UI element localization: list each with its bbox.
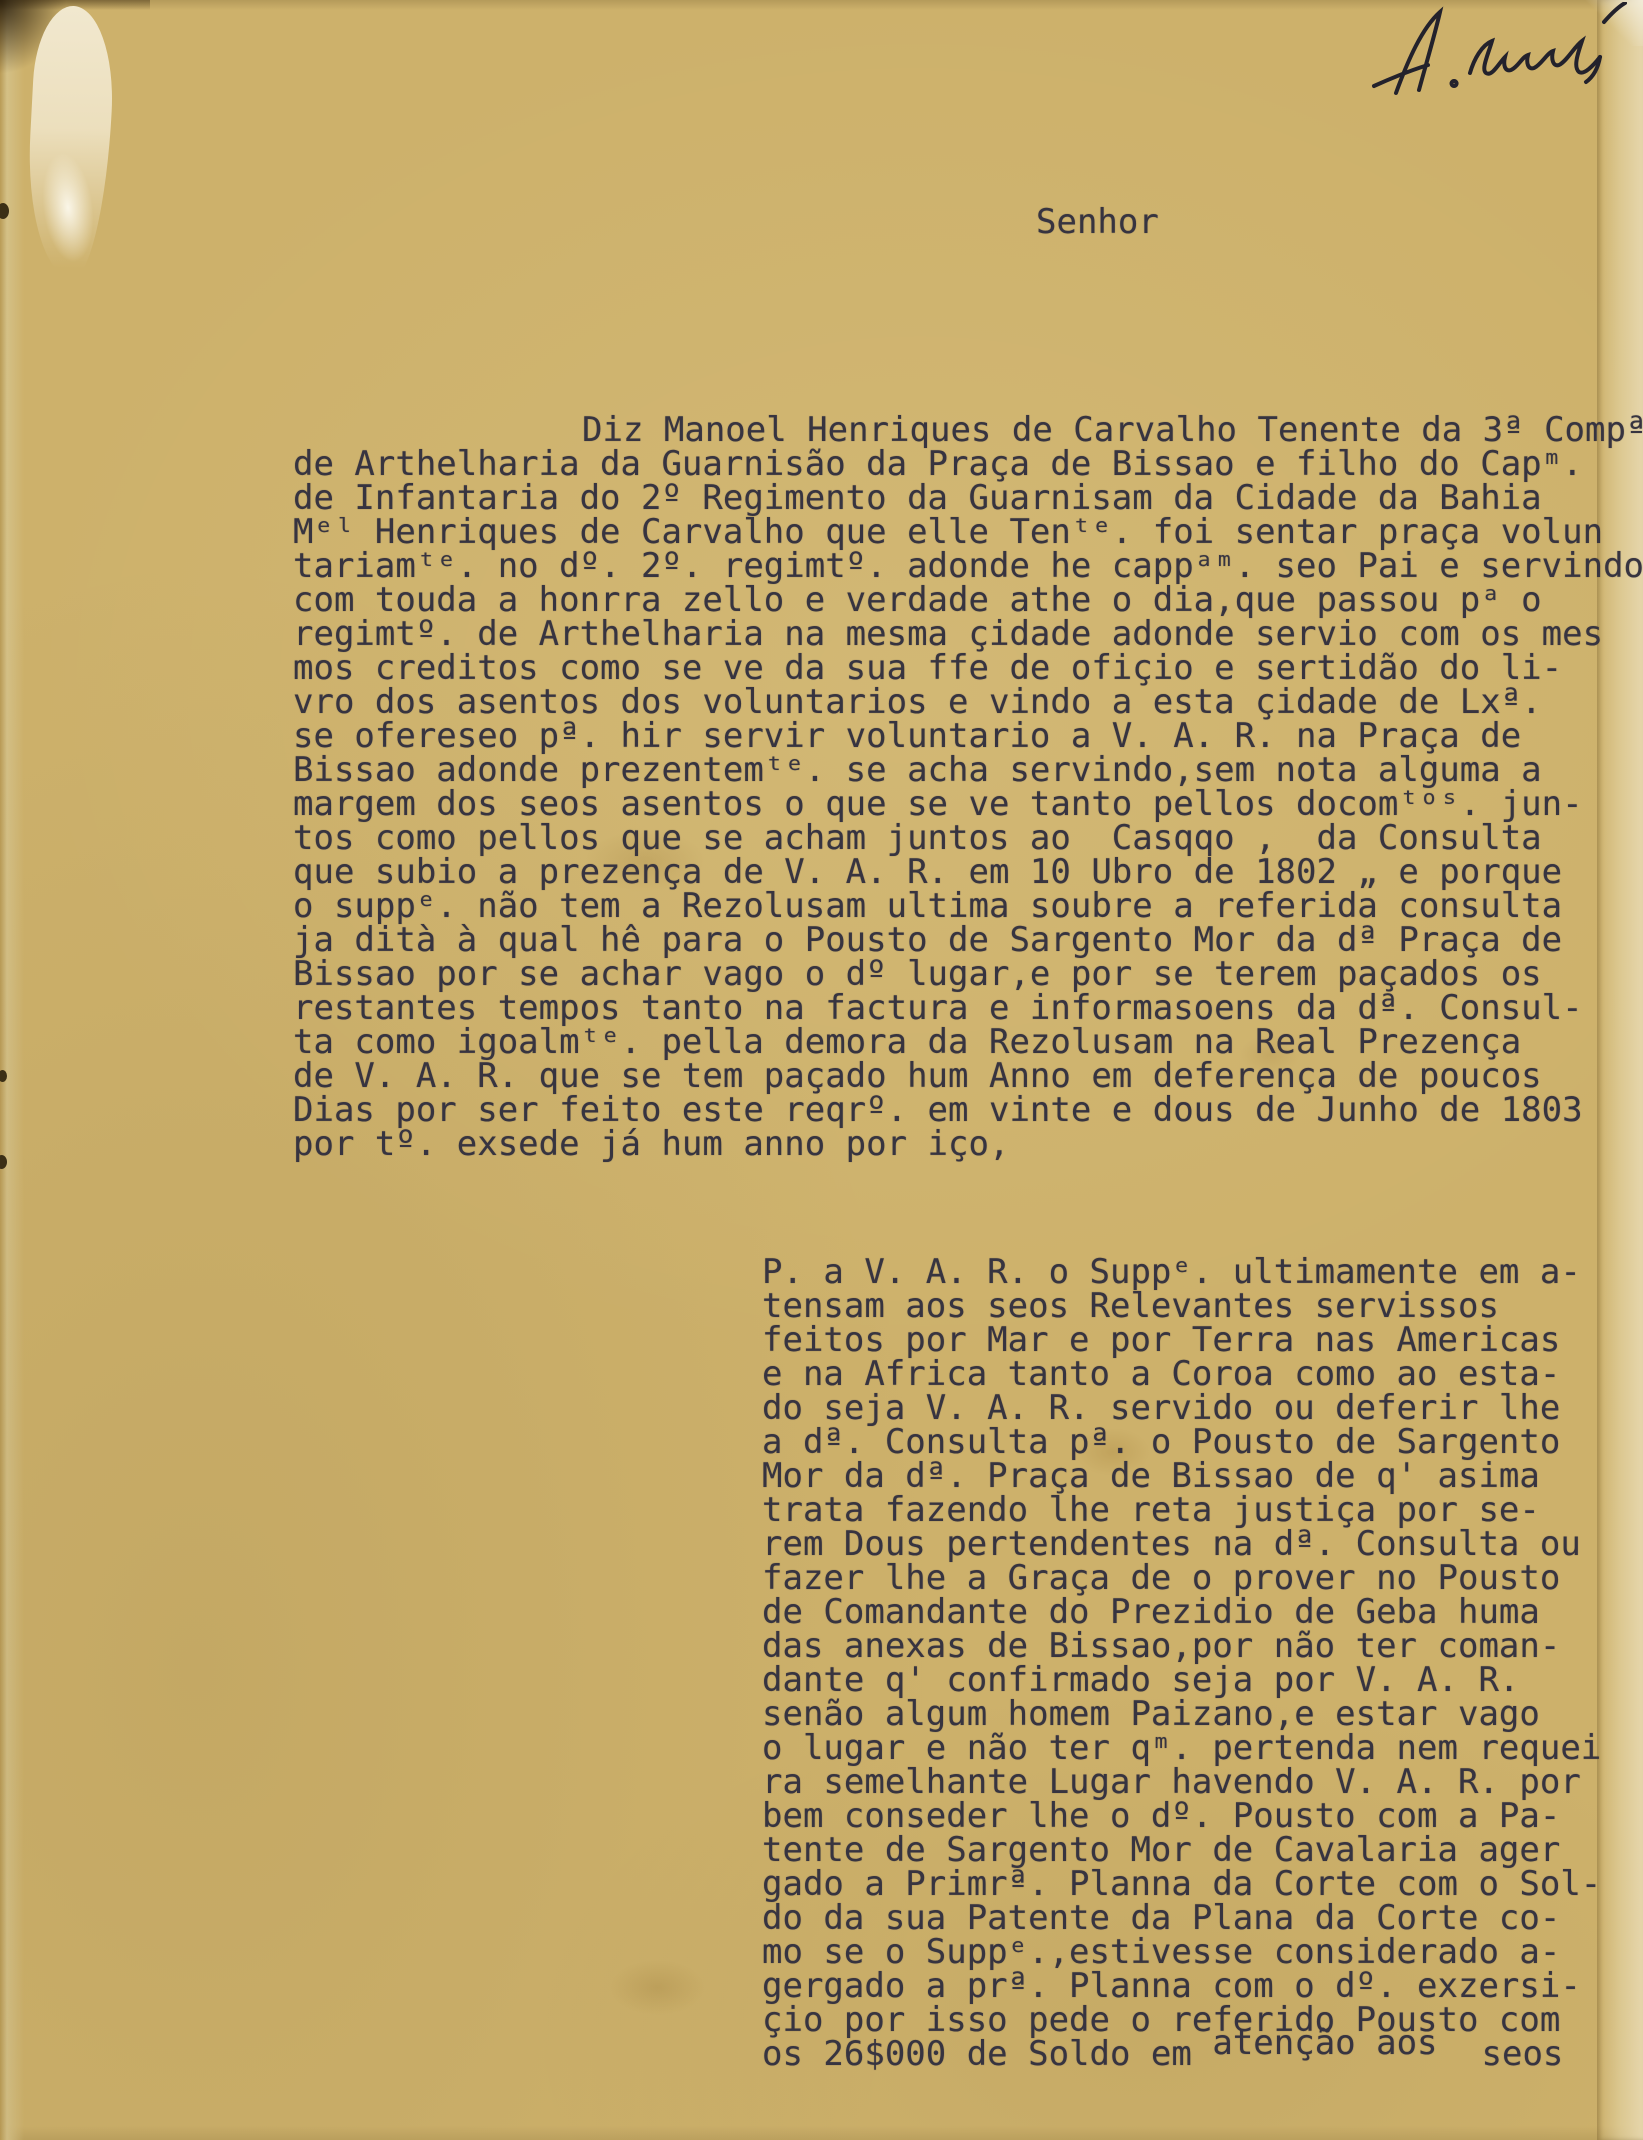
text-line: que subio a prezença de V. A. R. em 10 U… <box>293 855 1643 889</box>
text-line: a dª. Consulta pª. o Pousto de Sargento <box>762 1425 1601 1459</box>
text-line: por tº. exsede já hum anno por iço, <box>293 1127 1643 1161</box>
paper-speck <box>0 1070 7 1082</box>
text-line: restantes tempos tanto na factura e info… <box>293 991 1643 1025</box>
text-line: gado a Primrª. Planna da Corte com o Sol… <box>762 1867 1601 1901</box>
text-line: rem Dous pertendentes na dª. Consulta ou <box>762 1527 1601 1561</box>
text-line: feitos por Mar e por Terra nas Americas <box>762 1323 1601 1357</box>
text-line: de V. A. R. que se tem paçado hum Anno e… <box>293 1059 1643 1093</box>
text-line: se ofereseo pª. hir servir voluntario a … <box>293 719 1643 753</box>
paper-speck <box>0 1155 7 1169</box>
text-line: Mᵉˡ Henriques de Carvalho que elle Tenᵗᵉ… <box>293 515 1643 549</box>
text-line: de Comandante do Prezidio de Geba huma <box>762 1595 1601 1629</box>
salutation: Senhor <box>1036 202 1159 242</box>
final-line-tail: seos <box>1482 2034 1564 2074</box>
paper-speck <box>0 203 9 219</box>
text-line: regimtº. de Arthelharia na mesma çidade … <box>293 617 1643 651</box>
text-line: senão algum homem Paizano,e estar vago <box>762 1697 1601 1731</box>
text-line: mo se o Suppᵉ.,estivesse considerado a- <box>762 1935 1601 1969</box>
text-line: Mor da dª. Praça de Bissao de q' asima <box>762 1459 1601 1493</box>
petition-request-paragraph: P. a V. A. R. o Suppᵉ. ultimamente em a-… <box>762 1255 1601 2037</box>
text-line: vro dos asentos dos voluntarios e vindo … <box>293 685 1643 719</box>
document-page: Senhor Diz Manoel Henriques de Carvalho … <box>0 0 1643 2140</box>
text-line: fazer lhe a Graça de o prover no Pousto <box>762 1561 1601 1595</box>
text-line: tos como pellos que se acham juntos ao C… <box>293 821 1643 855</box>
text-line: do da sua Patente da Plana da Corte co- <box>762 1901 1601 1935</box>
text-line: de Infantaria do 2º Regimento da Guarnis… <box>293 481 1643 515</box>
text-line: trata fazendo lhe reta justiça por se- <box>762 1493 1601 1527</box>
text-line: Bissao adonde prezentemᵗᵉ. se acha servi… <box>293 753 1643 787</box>
text-line: tariamᵗᵉ. no dº. 2º. regimtº. adonde he … <box>293 549 1643 583</box>
petition-opening-paragraph: Diz Manoel Henriques de Carvalho Tenente… <box>293 413 1643 1161</box>
text-line: do seja V. A. R. servido ou deferir lhe <box>762 1391 1601 1425</box>
text-line: Diz Manoel Henriques de Carvalho Tenente… <box>293 413 1643 447</box>
text-line: ta como igoalmᵗᵉ. pella demora da Rezolu… <box>293 1025 1643 1059</box>
text-line-final: os 26$000 de Soldo em atenção aosseos <box>762 2037 1563 2071</box>
text-line: gergado a prª. Planna com o dº. exzersi- <box>762 1969 1601 2003</box>
text-line: o lugar e não ter qᵐ. pertenda nem reque… <box>762 1731 1601 1765</box>
text-line: dante q' confirmado seja por V. A. R. <box>762 1663 1601 1697</box>
paper-stain <box>610 1960 705 2015</box>
text-line: de Arthelharia da Guarnisão da Praça de … <box>293 447 1643 481</box>
text-line: tensam aos seos Relevantes servissos <box>762 1289 1601 1323</box>
text-line: mos creditos como se ve da sua ffe de of… <box>293 651 1643 685</box>
text-line: das anexas de Bissao,por não ter coman- <box>762 1629 1601 1663</box>
text-line: Bissao por se achar vago o dº lugar,e po… <box>293 957 1643 991</box>
text-line: bem conseder lhe o dº. Pousto com a Pa- <box>762 1799 1601 1833</box>
text-line: ja dità à qual hê para o Pousto de Sarge… <box>293 923 1643 957</box>
text-line: e na Africa tanto a Coroa como ao esta- <box>762 1357 1601 1391</box>
text-line: com touda a honrra zello e verdade athe … <box>293 583 1643 617</box>
text-line: çio por isso pede o referido Pousto com <box>762 2003 1601 2037</box>
text-line: tente de Sargento Mor de Cavalaria ager <box>762 1833 1601 1867</box>
text-line: margem dos seos asentos o que se ve tant… <box>293 787 1643 821</box>
text-line: o suppᵉ. não tem a Rezolusam ultima soub… <box>293 889 1643 923</box>
handwritten-signature <box>1362 2 1627 97</box>
final-line-lead: os 26$000 de Soldo em <box>762 2034 1212 2074</box>
text-line: Dias por ser feito este reqrº. em vinte … <box>293 1093 1643 1127</box>
text-line: ra semelhante Lugar havendo V. A. R. por <box>762 1765 1601 1799</box>
final-line-raised: atenção aos <box>1212 2023 1437 2063</box>
text-line: P. a V. A. R. o Suppᵉ. ultimamente em a- <box>762 1255 1601 1289</box>
